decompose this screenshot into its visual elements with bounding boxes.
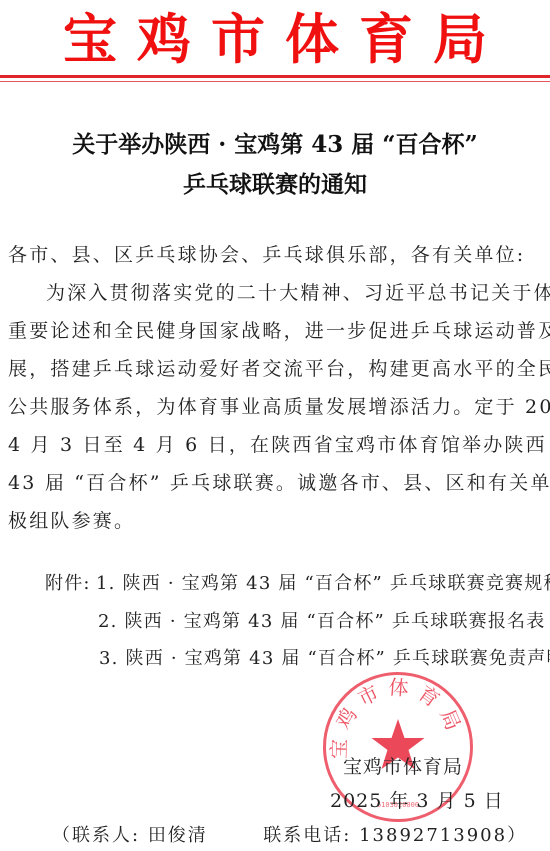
signature-org: 宝鸡市体育局 [343, 755, 463, 779]
letterhead-rule-thin [0, 81, 550, 82]
letterhead-rule-thick [0, 75, 550, 78]
contact-person-label: （联系人: [52, 825, 140, 846]
letterhead-org-name: 宝鸡市体育局 [0, 4, 550, 74]
body-line: 公共服务体系，为体育事业高质量发展增添活力。定于 2025 年 [8, 395, 543, 419]
attachment-item: 1. 陕西 · 宝鸡第 43 届 “百合杯” 乒乓球联赛竞赛规程 [96, 572, 550, 596]
salutation: 各市、县、区乒乓球协会、乒乓球俱乐部，各有关单位: [8, 243, 543, 267]
attachments-label: 附件: [45, 572, 91, 596]
attachment-item: 2. 陕西 · 宝鸡第 43 届 “百合杯” 乒乓球联赛报名表 [98, 610, 545, 634]
body-line: 为深入贯彻落实党的二十大精神、习近平总书记关于体育的 [46, 281, 550, 305]
contact-line: （联系人: 田俊清 联系电话: 13892713908） [52, 824, 527, 848]
contact-person: 田俊清 [148, 825, 208, 846]
body-line: 4 月 3 日至 4 月 6 日，在陕西省宝鸡市体育馆举办陕西 · 宝鸡第 [8, 433, 543, 457]
body-line: 43 届 “百合杯” 乒乓球联赛。诚邀各市、县、区和有关单位积 [8, 471, 543, 495]
body-line: 极组队参赛。 [8, 509, 543, 533]
notice-title-line-1: 关于举办陕西 · 宝鸡第 43 届 “百合杯” [0, 130, 550, 160]
contact-phone-label: 联系电话: [263, 825, 351, 846]
attachment-item: 3. 陕西 · 宝鸡第 43 届 “百合杯” 乒乓球联赛免责声明 [99, 647, 550, 671]
contact-phone: 13892713908） [359, 825, 527, 846]
notice-title-line-2: 乒乓球联赛的通知 [0, 170, 550, 200]
body-line: 重要论述和全民健身国家战略，进一步促进乒乓球运动普及与发 [8, 319, 543, 343]
signature-date: 2025 年 3 月 5 日 [330, 789, 504, 813]
body-line: 展，搭建乒乓球运动爱好者交流平台，构建更高水平的全民健身 [8, 357, 543, 381]
